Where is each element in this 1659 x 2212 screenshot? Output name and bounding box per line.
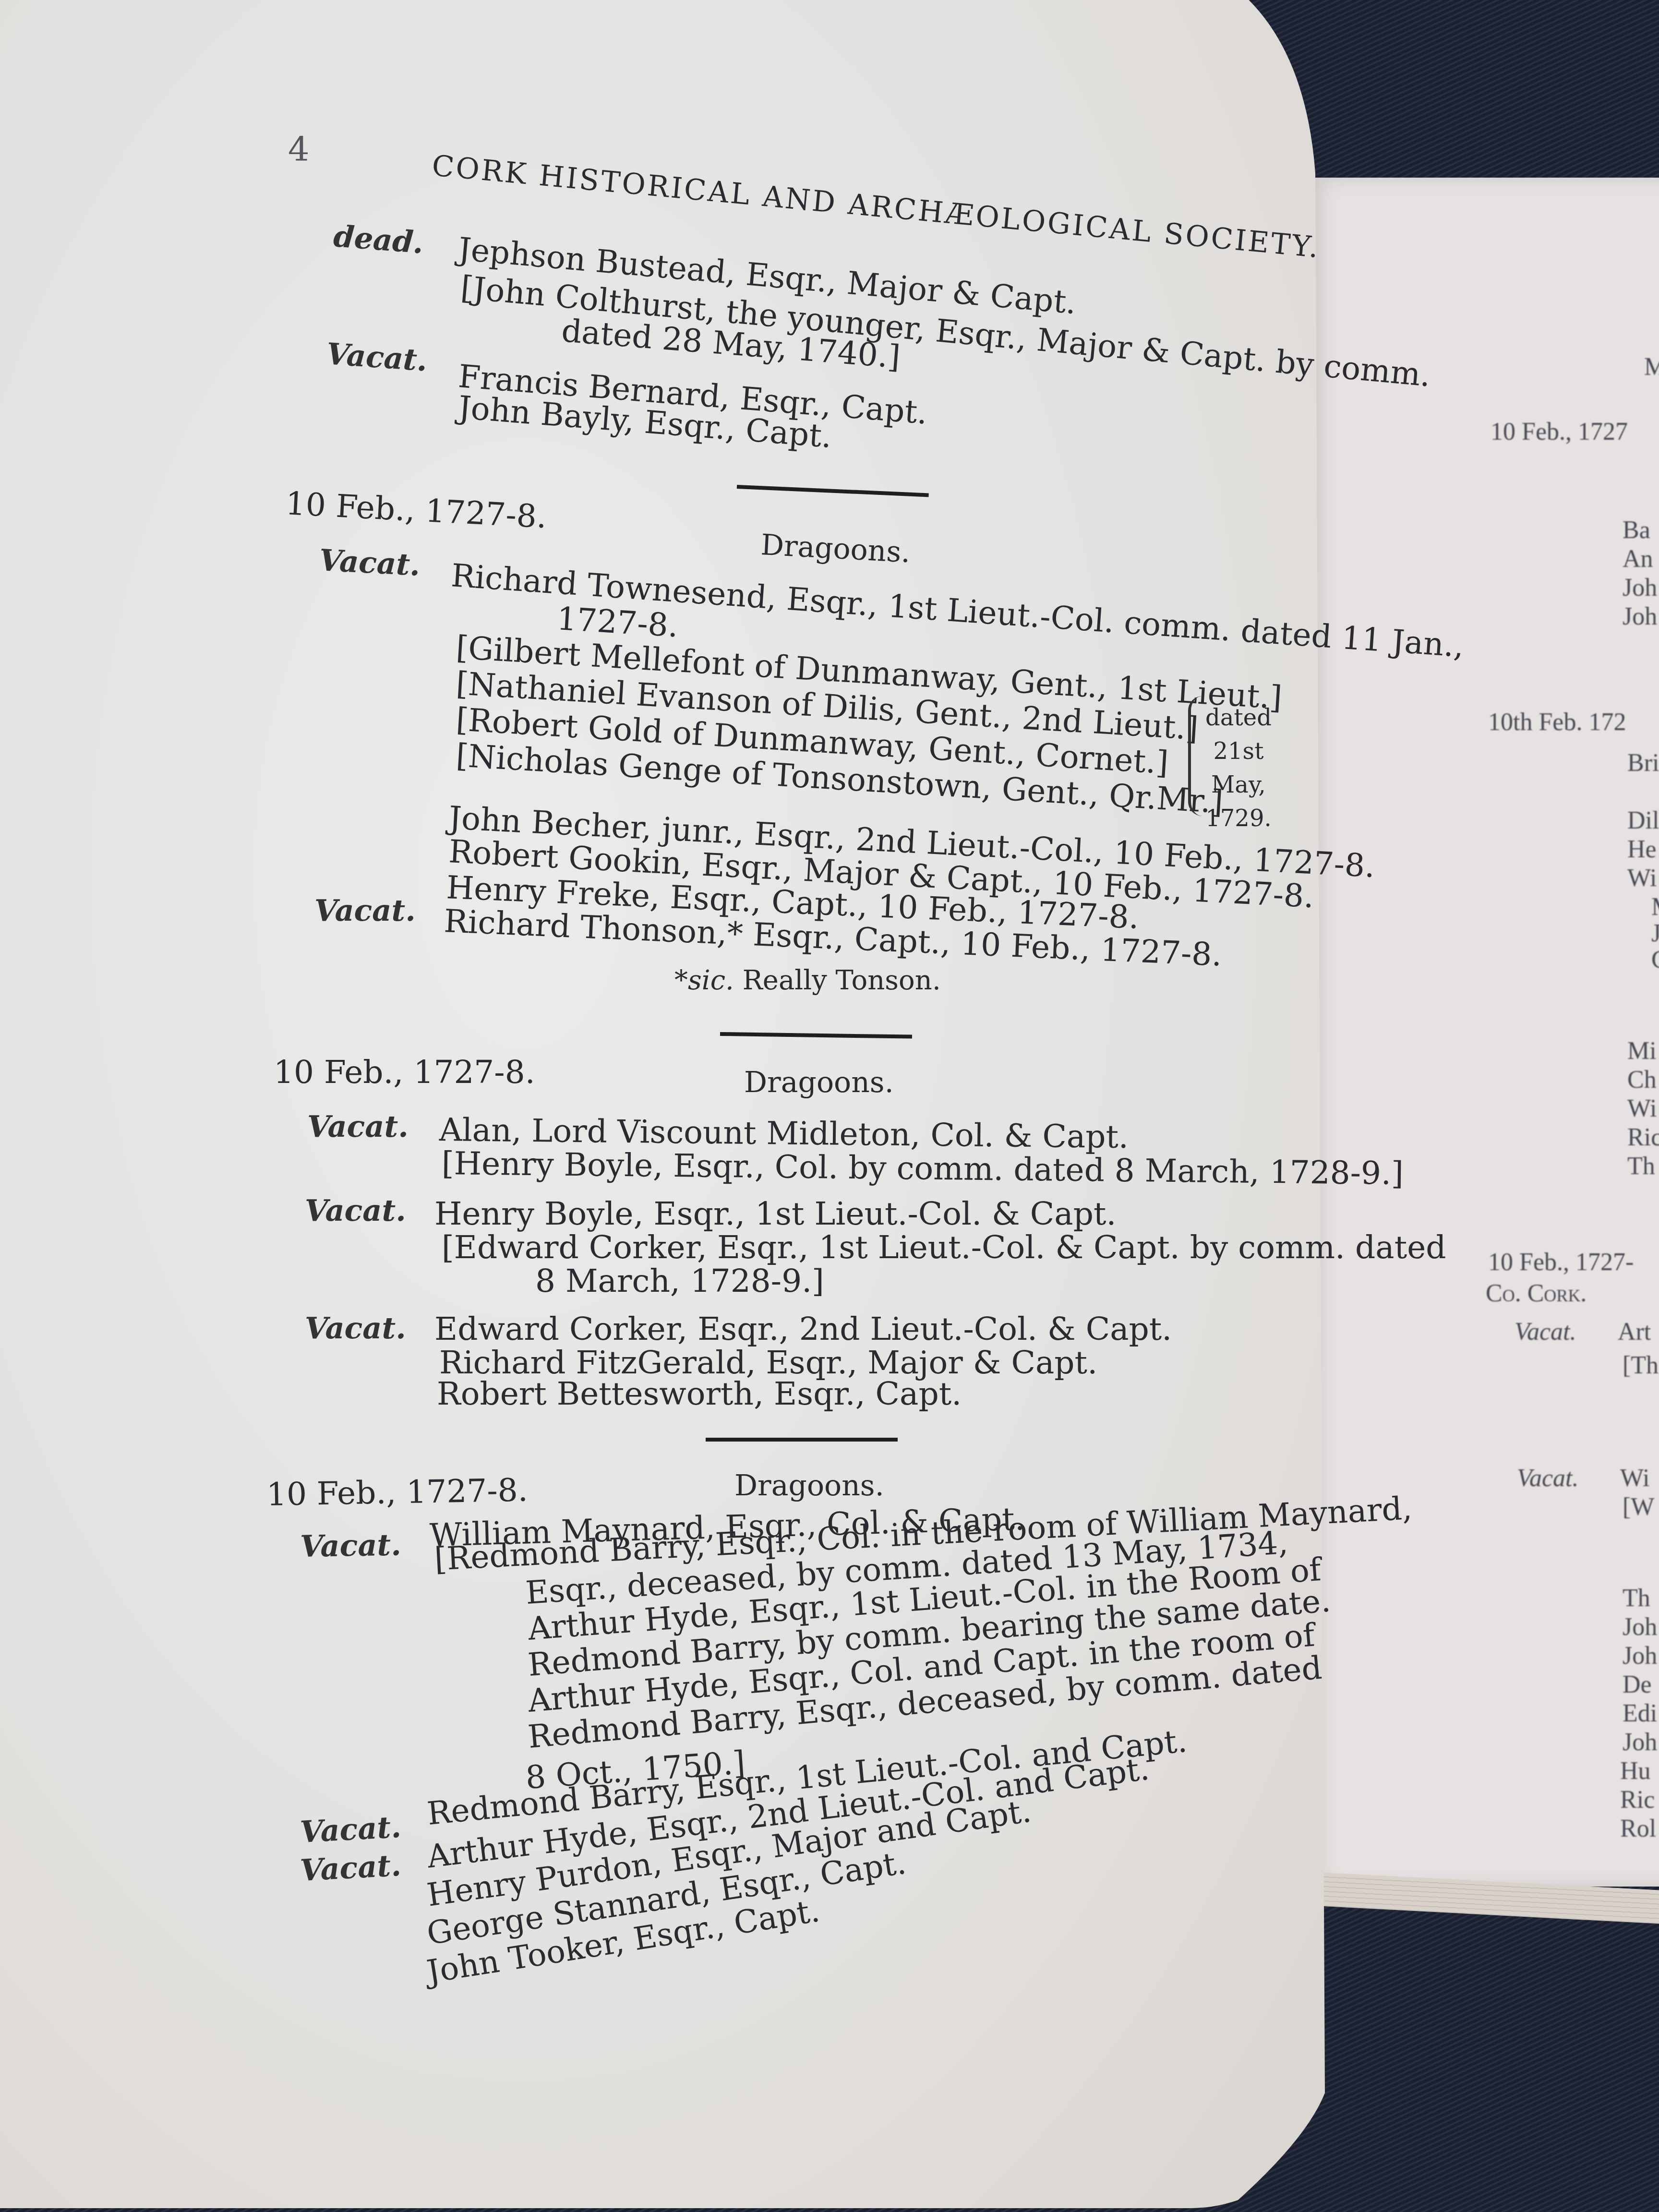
right-page-text: De xyxy=(1623,1671,1652,1699)
page-number: 4 xyxy=(288,130,310,169)
right-page-text: Wi xyxy=(1627,1094,1657,1123)
brace-note-line: May, xyxy=(1205,768,1272,802)
right-page-text: M xyxy=(1644,353,1659,381)
right-page-text: Mi xyxy=(1627,1037,1657,1065)
page-content: 4 CORK HISTORICAL AND ARCHÆOLOGICAL SOCI… xyxy=(0,0,1659,2212)
right-page-text: Ba xyxy=(1623,516,1650,544)
footnote: *sic. Really Tonson. xyxy=(674,965,941,996)
right-page-text: Wi xyxy=(1620,1464,1649,1492)
right-page-text: 10 Feb., 1727- xyxy=(1488,1248,1634,1276)
entry-label: Vacat. xyxy=(325,336,428,378)
right-page-text: Joh xyxy=(1623,574,1657,602)
section-divider xyxy=(706,1438,898,1442)
entry-text: Henry Boyle, Esqr., 1st Lieut.-Col. & Ca… xyxy=(434,1195,1116,1232)
right-page-text: Ric xyxy=(1627,1123,1659,1152)
section-date: 10 Feb., 1727-8. xyxy=(274,1054,535,1091)
right-page-text: Dil xyxy=(1627,806,1659,835)
footnote-marker: *sic. xyxy=(674,965,734,996)
brace-note-line: 1729. xyxy=(1205,802,1272,835)
right-page-text: Th xyxy=(1623,1584,1650,1612)
right-page-text: Bri xyxy=(1627,749,1659,777)
entry-label: dead. xyxy=(332,218,425,261)
right-page-text: C xyxy=(1651,946,1659,974)
right-page-text: An xyxy=(1623,545,1653,573)
right-page-text: [Th xyxy=(1623,1351,1659,1380)
right-page-text: J xyxy=(1651,919,1659,948)
right-page-text: Edi xyxy=(1623,1699,1657,1728)
right-page-text: He xyxy=(1627,835,1657,864)
right-page-text: Joh xyxy=(1623,602,1657,631)
right-page-text: Vacat. xyxy=(1517,1464,1579,1492)
entry-label: Vacat. xyxy=(314,893,416,928)
entry-label: Vacat. xyxy=(305,1310,406,1346)
entry-text: Robert Bettesworth, Esqr., Capt. xyxy=(437,1375,962,1412)
right-page-text: 10th Feb. 172 xyxy=(1488,708,1626,736)
entry-text: Edward Corker, Esqr., 2nd Lieut.-Col. & … xyxy=(434,1310,1172,1347)
section-divider xyxy=(737,485,929,497)
brace-note-line: dated xyxy=(1205,701,1272,734)
right-page-text: M xyxy=(1651,893,1659,921)
entry-label: Vacat. xyxy=(305,1193,406,1228)
brace-note-line: 21st xyxy=(1205,734,1272,768)
right-page-text: Ch xyxy=(1627,1066,1657,1094)
right-page-text: Joh xyxy=(1623,1728,1657,1756)
brace-note: dated 21st May, 1729. xyxy=(1205,701,1272,835)
section-date: 10 Feb., 1727-8. xyxy=(285,485,548,535)
entry-label: Vacat. xyxy=(307,1109,409,1144)
entry-text: [Henry Boyle, Esqr., Col. by comm. dated… xyxy=(442,1145,1404,1192)
right-page-text: Joh xyxy=(1623,1613,1657,1641)
section-date: 10 Feb., 1727-8. xyxy=(266,1472,528,1513)
right-page-text: Th xyxy=(1627,1152,1655,1180)
entry-label: Vacat. xyxy=(300,1527,401,1564)
entry-text: 8 March, 1728-9.] xyxy=(535,1262,824,1299)
right-page-text: Rol xyxy=(1620,1815,1656,1843)
section-heading: Dragoons. xyxy=(760,528,911,569)
entry-text: [Edward Corker, Esqr., 1st Lieut.-Col. &… xyxy=(442,1229,1446,1266)
footnote-text: Really Tonson. xyxy=(743,965,941,996)
section-heading: Dragoons. xyxy=(744,1066,894,1099)
entry-label: Vacat. xyxy=(318,542,421,583)
section-divider xyxy=(720,1032,912,1039)
right-page-text: Vacat. xyxy=(1515,1318,1576,1346)
section-heading: Dragoons. xyxy=(734,1469,884,1503)
brace-icon xyxy=(1188,696,1202,816)
right-page-text: Art xyxy=(1618,1318,1651,1346)
right-page-text: 10 Feb., 1727 xyxy=(1491,418,1628,446)
right-page-text: Co. Cork. xyxy=(1486,1279,1587,1308)
right-page-text: Joh xyxy=(1623,1642,1657,1670)
right-page-text: Ric xyxy=(1620,1786,1655,1814)
right-page-text: Wi xyxy=(1627,864,1657,892)
entry-label: Vacat. xyxy=(299,1809,402,1850)
entry-label: Vacat. xyxy=(299,1848,402,1888)
right-page-text: Hu xyxy=(1620,1757,1651,1785)
right-page-text: [W xyxy=(1623,1493,1654,1521)
